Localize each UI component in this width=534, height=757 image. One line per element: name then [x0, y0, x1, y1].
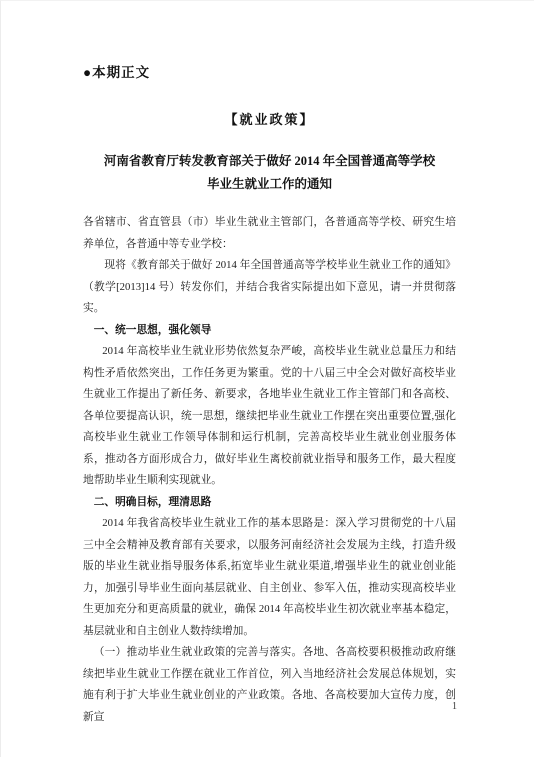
- section-bullet-heading: ●本期正文: [83, 64, 456, 81]
- page-number: 1: [452, 701, 457, 712]
- paragraph-forwarding-note: 现将《教育部关于做好 2014 年全国普通高等学校毕业生就业工作的通知》（教学[…: [83, 255, 456, 320]
- document-page: ●本期正文 【就业政策】 河南省教育厅转发教育部关于做好 2014 年全国普通高…: [1, 1, 534, 757]
- section-heading-2: 二、明确目标，理清思路: [83, 492, 456, 514]
- document-title-line-1: 河南省教育厅转发教育部关于做好 2014 年全国普通高等学校: [83, 150, 456, 173]
- document-title: 河南省教育厅转发教育部关于做好 2014 年全国普通高等学校 毕业生就业工作的通…: [83, 150, 456, 196]
- paragraph-salutation: 各省辖市、省直管县（市）毕业生就业主管部门，各普通高等学校、研究生培养单位，各普…: [83, 212, 456, 255]
- document-title-line-2: 毕业生就业工作的通知: [83, 173, 456, 196]
- paragraph-section-1-body: 2014 年高校毕业生就业形势依然复杂严峻，高校毕业生就业总量压力和结构性矛盾依…: [83, 341, 456, 492]
- document-body: 各省辖市、省直管县（市）毕业生就业主管部门，各普通高等学校、研究生培养单位，各普…: [83, 212, 456, 728]
- section-heading-1: 一、统一思想，强化领导: [83, 320, 456, 342]
- category-heading: 【就业政策】: [83, 109, 456, 128]
- paragraph-section-2-body: 2014 年我省高校毕业生就业工作的基本思路是：深入学习贯彻党的十八届三中全会精…: [83, 513, 456, 642]
- paragraph-item-1: （一）推动毕业生就业政策的完善与落实。各地、各高校要积极推动政府继续把毕业生就业…: [83, 642, 456, 728]
